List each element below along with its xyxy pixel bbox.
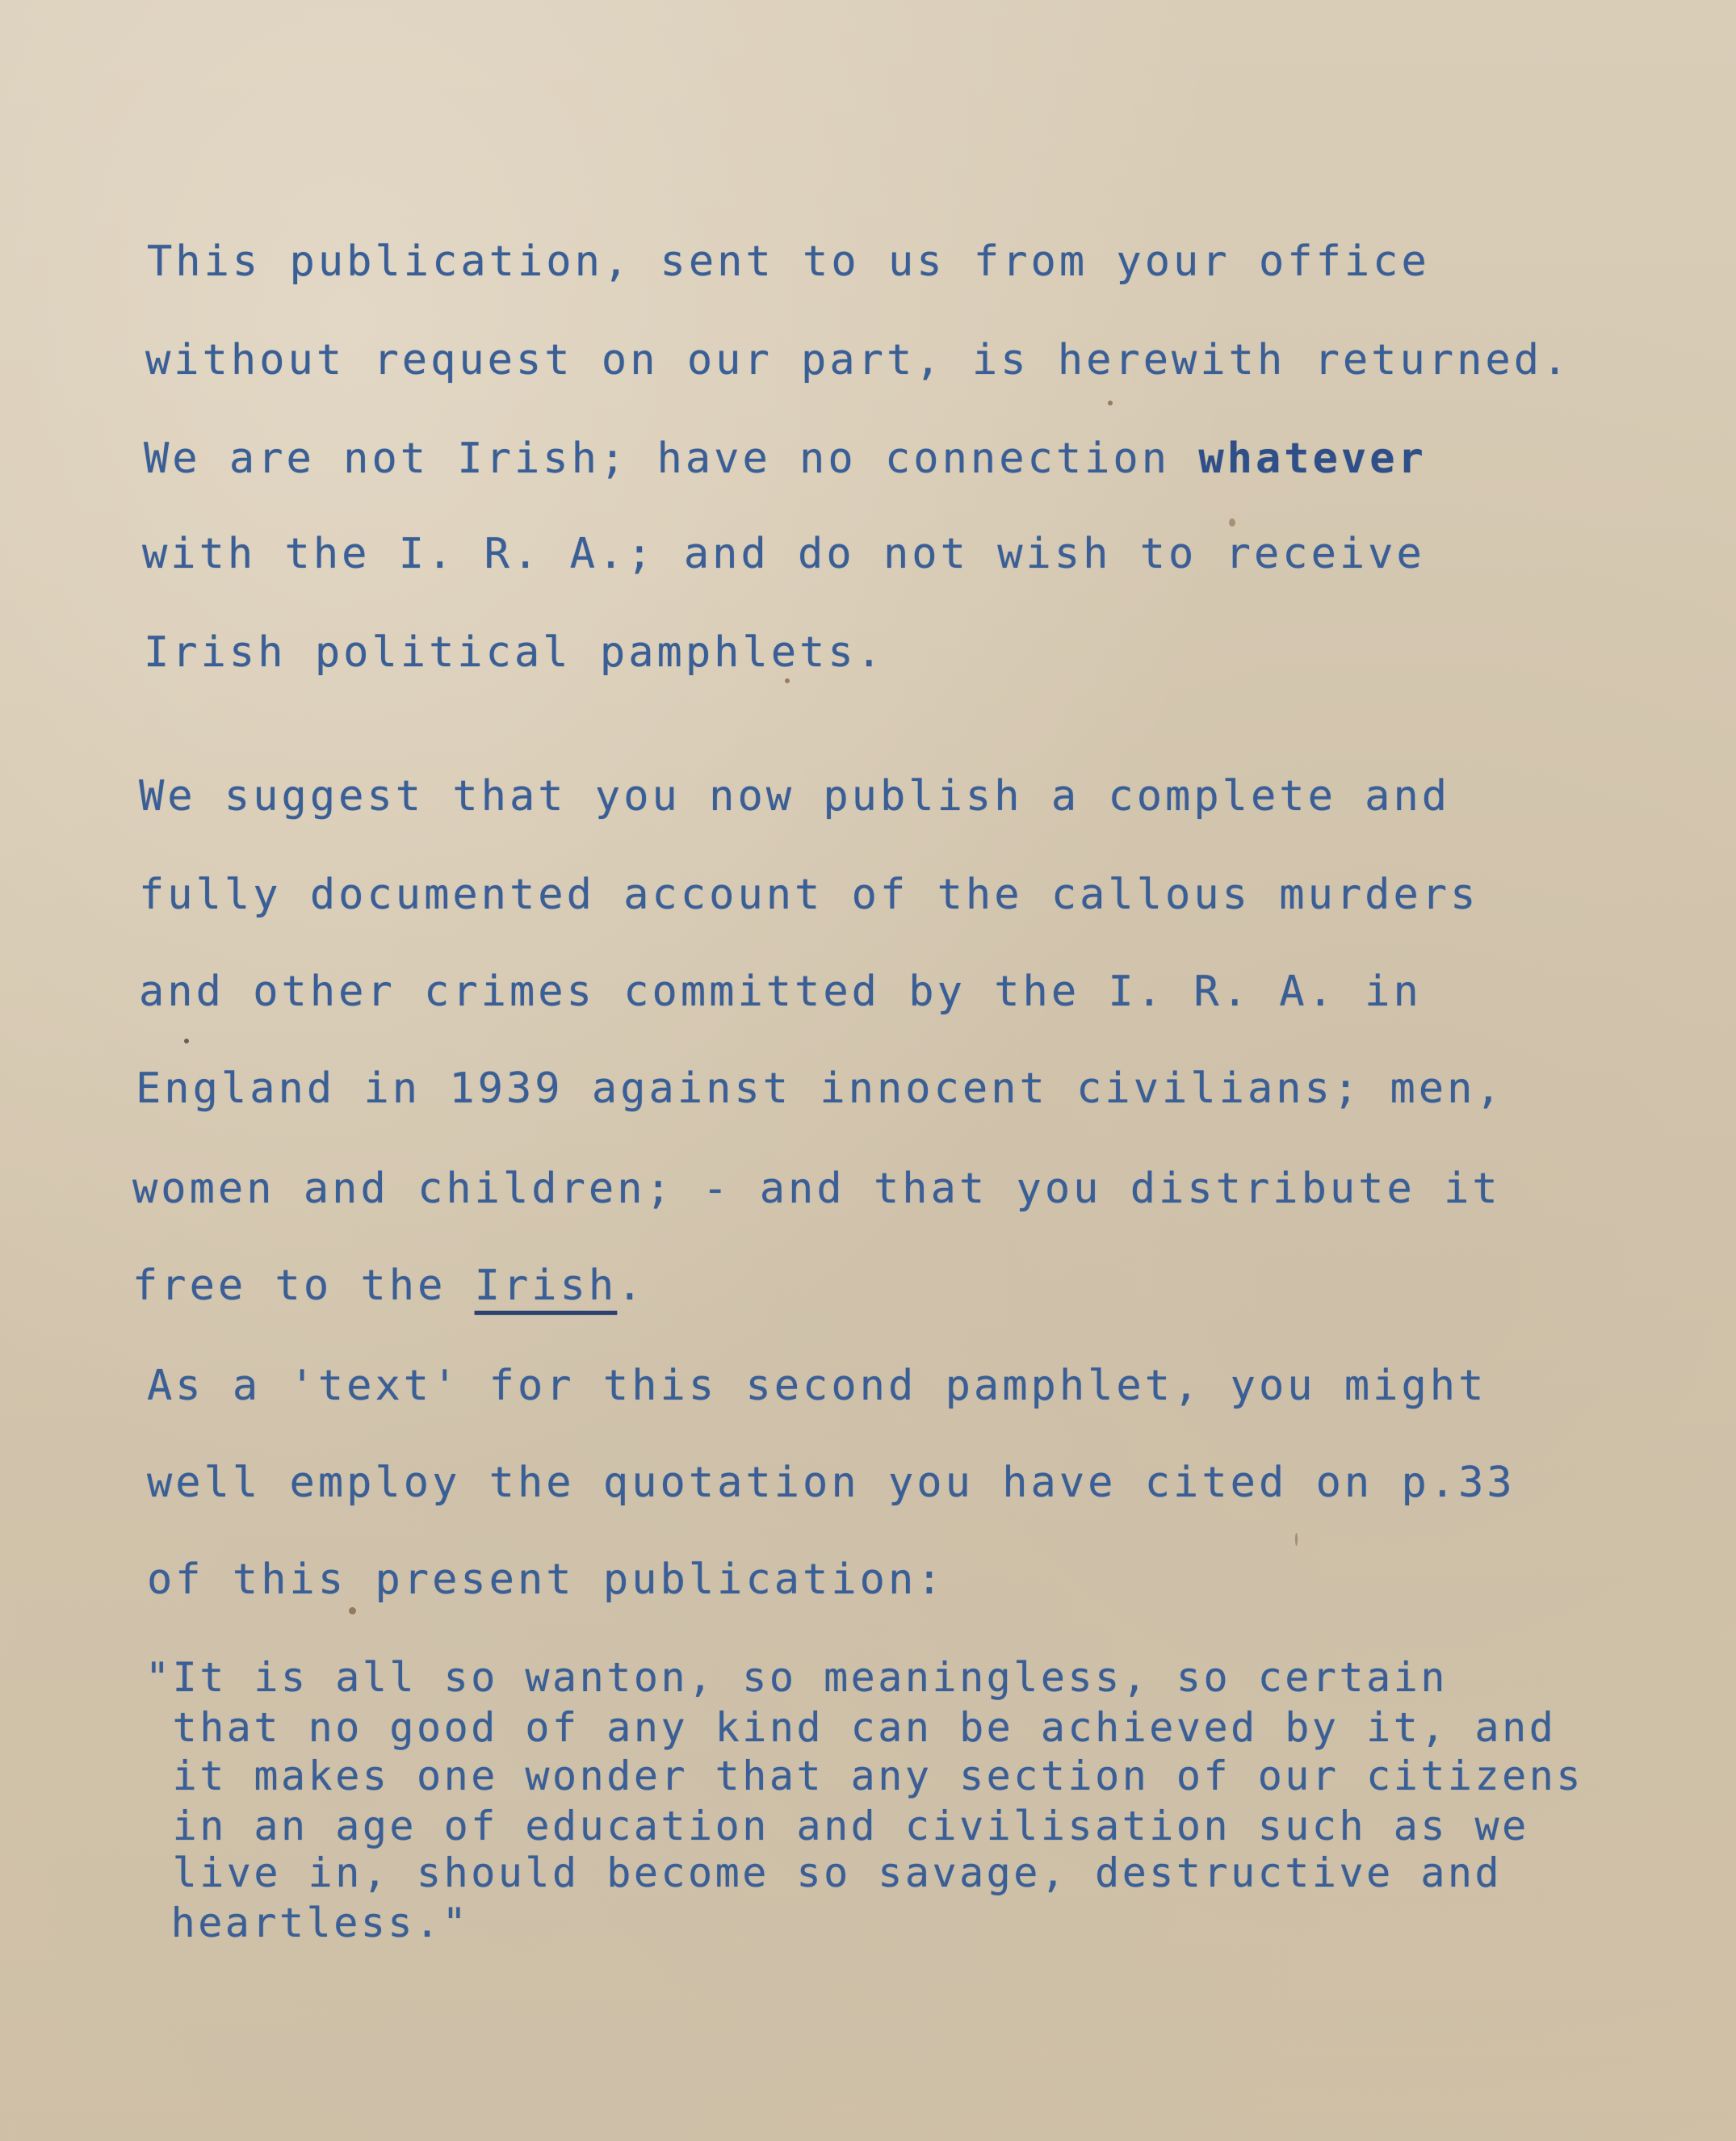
text-line: We suggest that you now publish a comple… xyxy=(139,775,1450,817)
paper-speck xyxy=(184,1039,189,1043)
text-segment: We are not Irish; have no connection xyxy=(144,434,1198,483)
emphasized-word: whatever xyxy=(1198,434,1426,483)
typewritten-letter-page: This publication, sent to us from your o… xyxy=(0,0,1736,2141)
paper-speck xyxy=(1295,1533,1298,1546)
quote-line: live in, should become so savage, destru… xyxy=(145,1853,1502,1893)
paper-speck xyxy=(349,1607,356,1614)
quote-line: "It is all so wanton, so meaningless, so… xyxy=(145,1657,1448,1698)
text-line: of this present publication: xyxy=(147,1559,946,1601)
underlined-word: Irish xyxy=(475,1262,618,1310)
text-line: As a 'text' for this second pamphlet, yo… xyxy=(147,1365,1487,1407)
text-line: fully documented account of the callous … xyxy=(139,874,1478,916)
text-line: women and children; - and that you distr… xyxy=(132,1168,1501,1210)
paper-speck xyxy=(1108,401,1113,405)
text-line: without request on our part, is herewith… xyxy=(145,339,1570,381)
text-line: with the I. R. A.; and do not wish to re… xyxy=(142,533,1425,575)
quote-line: it makes one wonder that any section of … xyxy=(145,1756,1583,1796)
quote-line: heartless." xyxy=(144,1903,469,1943)
text-line: We are not Irish; have no connection wha… xyxy=(144,438,1427,480)
text-line: Irish political pamphlets. xyxy=(144,632,885,674)
text-segment: free to the xyxy=(132,1262,475,1310)
text-line: and other crimes committed by the I. R. … xyxy=(139,971,1422,1013)
paper-speck xyxy=(785,678,790,683)
text-line: England in 1939 against innocent civilia… xyxy=(136,1068,1504,1110)
text-line: well employ the quotation you have cited… xyxy=(147,1462,1516,1504)
text-line: This publication, sent to us from your o… xyxy=(147,241,1430,283)
quote-line: that no good of any kind can be achieved… xyxy=(145,1707,1556,1748)
paper-speck xyxy=(1229,518,1235,527)
text-line: free to the Irish. xyxy=(132,1265,646,1307)
quote-line: in an age of education and civilisation … xyxy=(145,1806,1529,1846)
text-segment: . xyxy=(617,1262,645,1310)
